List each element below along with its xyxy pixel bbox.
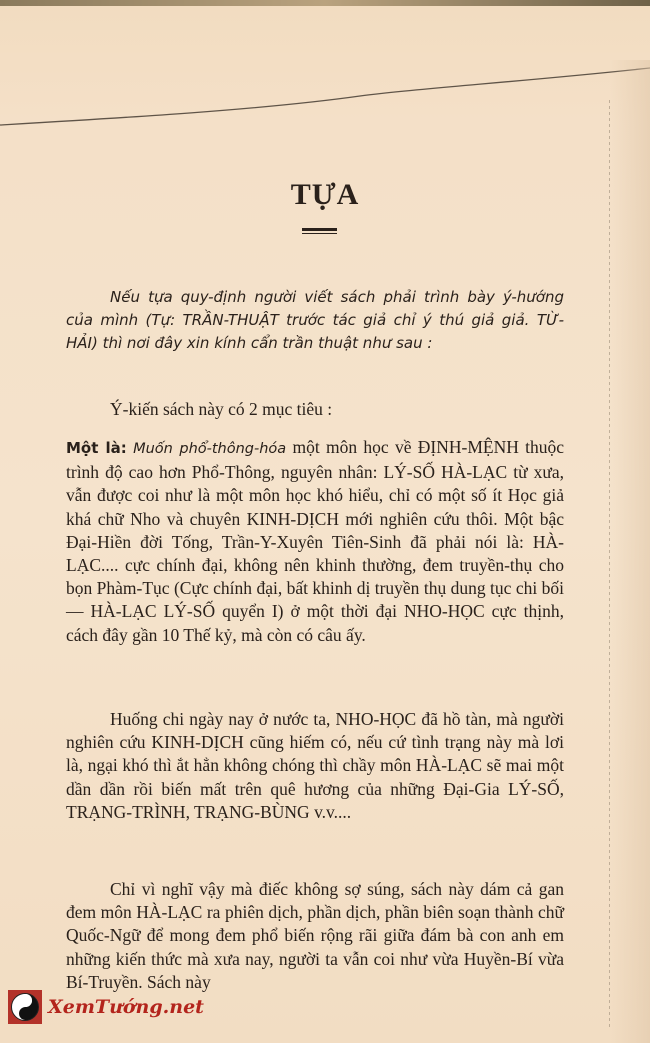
point-one-paragraph: Một là: Muốn phổ-thông-hóa một môn học v… <box>66 436 564 647</box>
watermark-text: XemTướng.net <box>48 996 204 1018</box>
point-one-label: Một là: <box>66 439 127 457</box>
intro-paragraph: Nếu tựa quy-định người viết sách phải tr… <box>66 286 564 355</box>
logo-badge <box>8 990 42 1024</box>
point-one-emphasis: Muốn phổ-thông-hóa <box>133 441 286 457</box>
objectives-line: Ý-kiến sách này có 2 mục tiêu : <box>66 398 564 421</box>
yin-yang-icon <box>11 993 39 1021</box>
watermark-logo: XemTướng.net <box>8 990 204 1024</box>
paragraph-3: Huống chi ngày nay ở nước ta, NHO-HỌC đã… <box>66 708 564 824</box>
paper-crease <box>0 0 650 140</box>
page-title: TỰA <box>0 178 650 212</box>
point-one-body: một môn học về ĐỊNH-MỆNH thuộc trình độ … <box>66 437 564 645</box>
title-underline <box>302 228 337 234</box>
page-fold-line <box>609 100 610 1030</box>
paragraph-4: Chỉ vì nghĩ vậy mà điếc không sợ súng, s… <box>66 878 564 994</box>
